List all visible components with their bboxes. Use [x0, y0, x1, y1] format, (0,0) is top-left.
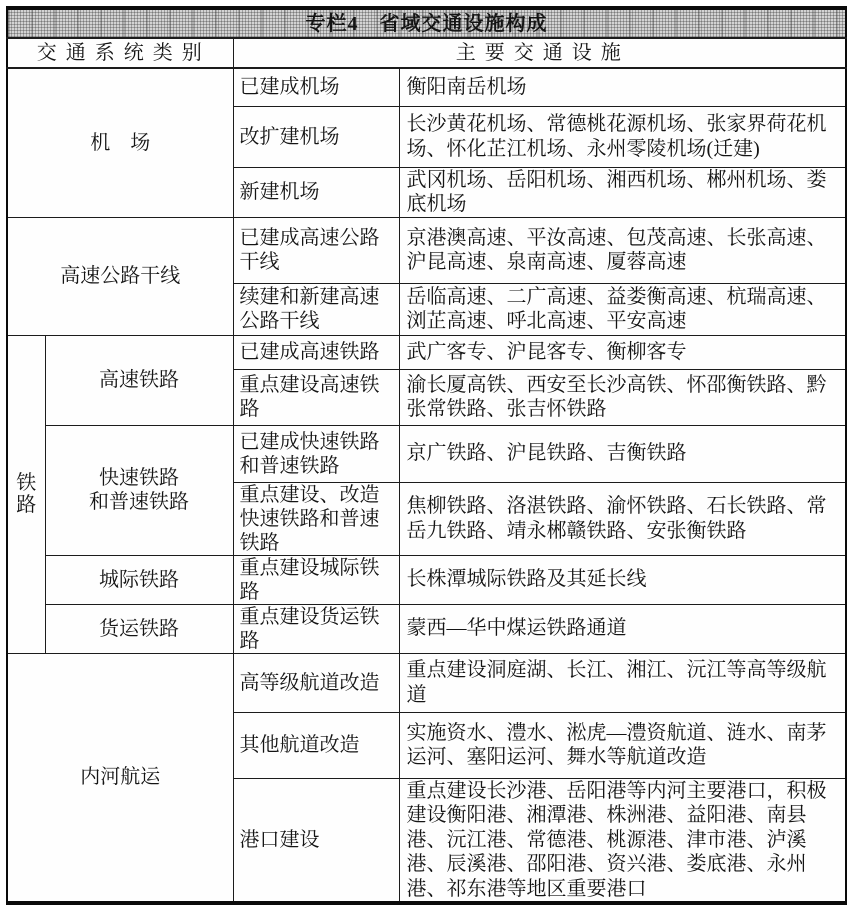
- facility-list-cell: 重点建设洞庭湖、长江、湘江、沅江等高等级航道: [399, 653, 846, 712]
- facility-list-cell: 衡阳南岳机场: [399, 68, 846, 106]
- facility-type-cell: 已建成快速铁路和普速铁路: [233, 425, 399, 482]
- facility-type-cell: 新建机场: [233, 167, 399, 217]
- subsection-label-freight-rail: 货运铁路: [45, 604, 233, 653]
- facility-list-cell: 焦柳铁路、洛湛铁路、渝怀铁路、石长铁路、常岳九铁路、靖永郴赣铁路、安张衡铁路: [399, 482, 846, 555]
- facility-type-cell: 港口建设: [233, 778, 399, 903]
- facility-list-cell: 长沙黄花机场、常德桃花源机场、张家界荷花机场、怀化芷江机场、永州零陵机场(迁建): [399, 106, 846, 167]
- section-label-railway: 铁路: [7, 335, 45, 653]
- facility-type-cell: 重点建设货运铁路: [233, 604, 399, 653]
- panel-title: 专栏4 省域交通设施构成: [7, 8, 846, 38]
- header-category-cell: 交 通 系 统 类 别: [7, 38, 233, 68]
- facility-list-cell: 武广客专、沪昆客专、衡柳客专: [399, 335, 846, 369]
- subsection-label-high-speed-rail: 高速铁路: [45, 335, 233, 425]
- facility-type-cell: 重点建设、改造快速铁路和普速铁路: [233, 482, 399, 555]
- header-facilities-cell: 主 要 交 通 设 施: [233, 38, 846, 68]
- subsection-label-intercity-rail: 城际铁路: [45, 555, 233, 604]
- subsection-label-fast-normal-rail: 快速铁路 和普速铁路: [45, 425, 233, 555]
- facility-type-cell: 重点建设城际铁路: [233, 555, 399, 604]
- facility-type-cell: 高等级航道改造: [233, 653, 399, 712]
- section-label-airport: 机 场: [7, 68, 233, 217]
- facility-type-cell: 已建成高速公路干线: [233, 217, 399, 283]
- facility-list-cell: 长株潭城际铁路及其延长线: [399, 555, 846, 604]
- facility-type-cell: 已建成机场: [233, 68, 399, 106]
- section-label-waterway: 内河航运: [7, 653, 233, 903]
- facility-list-cell: 蒙西—华中煤运铁路通道: [399, 604, 846, 653]
- facility-type-cell: 重点建设高速铁路: [233, 369, 399, 425]
- facility-type-cell: 续建和新建高速公路干线: [233, 283, 399, 335]
- facility-type-cell: 其他航道改造: [233, 712, 399, 778]
- facility-type-cell: 已建成高速铁路: [233, 335, 399, 369]
- facility-list-cell: 实施资水、澧水、淞虎—澧资航道、涟水、南茅运河、塞阳运河、舞水等航道改造: [399, 712, 846, 778]
- facility-list-cell: 重点建设长沙港、岳阳港等内河主要港口，积极建设衡阳港、湘潭港、株洲港、益阳港、南…: [399, 778, 846, 903]
- document-table-panel: 专栏4 省域交通设施构成 交 通 系 统 类 别 主 要 交 通 设 施 机 场…: [6, 6, 845, 847]
- facility-list-cell: 武冈机场、岳阳机场、湘西机场、郴州机场、娄底机场: [399, 167, 846, 217]
- facility-list-cell: 岳临高速、二广高速、益娄衡高速、杭瑞高速、浏芷高速、呼北高速、平安高速: [399, 283, 846, 335]
- transport-facilities-table: 专栏4 省域交通设施构成 交 通 系 统 类 别 主 要 交 通 设 施 机 场…: [6, 6, 847, 905]
- section-label-expressway: 高速公路干线: [7, 217, 233, 335]
- facility-type-cell: 改扩建机场: [233, 106, 399, 167]
- facility-list-cell: 京港澳高速、平汝高速、包茂高速、长张高速、沪昆高速、泉南高速、厦蓉高速: [399, 217, 846, 283]
- facility-list-cell: 渝长厦高铁、西安至长沙高铁、怀邵衡铁路、黔张常铁路、张吉怀铁路: [399, 369, 846, 425]
- facility-list-cell: 京广铁路、沪昆铁路、吉衡铁路: [399, 425, 846, 482]
